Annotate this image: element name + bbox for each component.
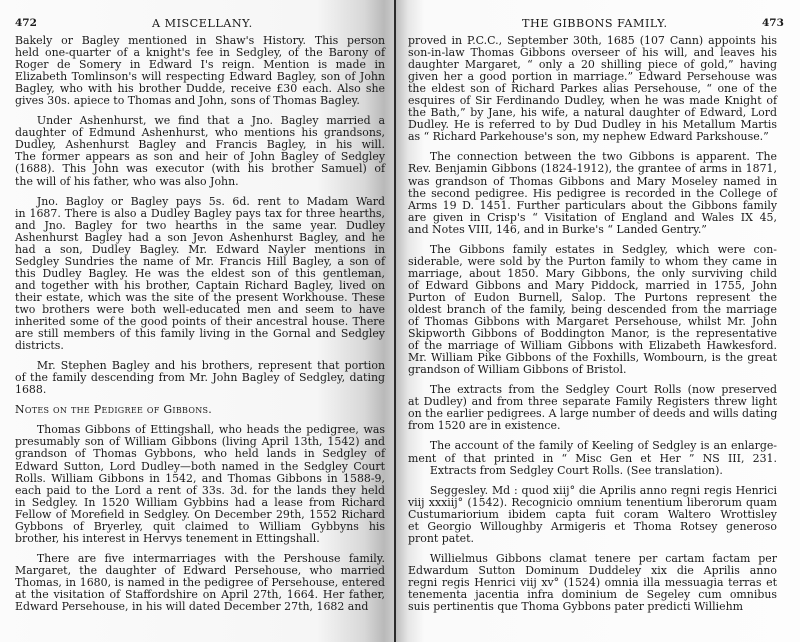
running-head: A MISCELLANY. (152, 17, 253, 30)
page-body: Bakely or Bagley mentioned in Shaw's His… (15, 35, 385, 613)
text-line: (1688). This John was executor (with his… (15, 163, 385, 175)
book-gutter (394, 0, 396, 642)
paragraph: The extracts from the Sedgley Court Roll… (408, 384, 777, 432)
section-heading: Notes on the Pedigree of Gibbons. (15, 404, 385, 416)
text-line: Ashenhurst Bagley had a son Jevon Ashenh… (15, 232, 385, 244)
text-line: et Georgio Willoughby Armigeris et Thoma… (408, 521, 777, 533)
text-line: had a son, Dudley Bagley. Mr. Edward Nay… (15, 244, 385, 256)
text-line: pront patet. (408, 533, 777, 545)
text-line: Edward Persehouse, in his will dated Dec… (15, 601, 385, 613)
text-line: in 1687. There is also a Dudley Bagley p… (15, 208, 385, 220)
text-line: Custumariorium ibidem capta fuit coram W… (408, 509, 777, 521)
text-line: viij xxxiij° (1542). Recognicio omnium t… (408, 497, 777, 509)
text-line: as “ Richard Parkehouse's son, my nephew… (408, 131, 777, 143)
text-line: was grandson of Thomas Gibbons and Mary … (408, 176, 777, 188)
paragraph: Under Ashenhurst, we find that a Jno. Ba… (15, 115, 385, 187)
text-line: The Gibbons family estates in Sedgley, w… (408, 244, 777, 256)
paragraph: Thomas Gibbons of Ettingshall, who heads… (15, 424, 385, 544)
text-line: of the family descending from Mr. John B… (15, 372, 385, 384)
text-line: Arms 19 D. 1451. Further particulars abo… (408, 200, 777, 212)
text-line: Rev. Benjamin Gibbons (1824-1912), the g… (408, 163, 777, 175)
page-number: 473 (762, 17, 784, 29)
text-line: Gybbons of Bryerley, quit claimed to Wil… (15, 521, 385, 533)
page-number: 472 (15, 17, 37, 29)
left-page: 472 A MISCELLANY. Bakely or Bagley menti… (0, 0, 396, 642)
text-line: and Notes VIII, 146, and in Burke's “ La… (408, 224, 777, 236)
paragraph: There are five intermarriages with the P… (15, 553, 385, 613)
text-line: the will of his father, who was also Joh… (15, 176, 385, 188)
paragraph: Bakely or Bagley mentioned in Shaw's His… (15, 35, 385, 107)
text-line: ment of that printed in “ Misc Gen et He… (408, 453, 777, 465)
page-body: proved in P.C.C., September 30th, 1685 (… (408, 35, 777, 613)
paragraph: The account of the family of Keeling of … (408, 440, 777, 476)
text-line: the second pedigree. His pedigree is rec… (408, 188, 777, 200)
text-line: and Jno. Bagley for two hearths in the s… (15, 220, 385, 232)
text-line: from 1520 are in existence. (408, 420, 777, 432)
right-page: THE GIBBONS FAMILY. 473 proved in P.C.C.… (396, 0, 800, 642)
paragraph: Seggesley. Md : quod xiij° die Aprilis a… (408, 485, 777, 545)
text-line: Extracts from Sedgley Court Rolls. (See … (408, 465, 777, 477)
text-line: are still members of this family living … (15, 328, 385, 340)
text-line: Rolls. William Gibbons in 1542, and Thom… (15, 473, 385, 485)
paragraph: The Gibbons family estates in Sedgley, w… (408, 244, 777, 377)
text-line: 1688. (15, 384, 385, 396)
paragraph: Mr. Stephen Bagley and his brothers, rep… (15, 360, 385, 396)
paragraph: proved in P.C.C., September 30th, 1685 (… (408, 35, 777, 143)
running-head: THE GIBBONS FAMILY. (522, 17, 668, 30)
text-line: Seggesley. Md : quod xiij° die Aprilis a… (408, 485, 777, 497)
text-line: grandson of William Gibbons of Bristol. (408, 364, 777, 376)
text-line: each paid to the Lord a rent of 33s. 3d.… (15, 485, 385, 497)
text-line: Fellow of Morefield in Sedgley. On Decem… (15, 509, 385, 521)
text-line: gives 30s. apiece to Thomas and John, so… (15, 95, 385, 107)
paragraph: Jno. Bagloy or Bagley pays 5s. 6d. rent … (15, 196, 385, 353)
text-line: suis pertinentis que Thoma Gybbons pater… (408, 601, 777, 613)
paragraph: Willielmus Gibbons clamat tenere per car… (408, 553, 777, 613)
text-line: Jno. Bagloy or Bagley pays 5s. 6d. rent … (15, 196, 385, 208)
text-line: brother, his interest in Hervys tenement… (15, 533, 385, 545)
text-line: districts. (15, 340, 385, 352)
text-line: Edward Sutton, Lord Dudley—both named in… (15, 461, 385, 473)
text-line: are given in Crisp's “ Visitation of Eng… (408, 212, 777, 224)
text-line: grandson of Thomas Gybbons, who held lan… (15, 448, 385, 460)
text-line: in Sedgley. In 1520 William Gybbins had … (15, 497, 385, 509)
paragraph: The connection between the two Gibbons i… (408, 151, 777, 235)
text-line: The account of the family of Keeling of … (408, 440, 777, 452)
